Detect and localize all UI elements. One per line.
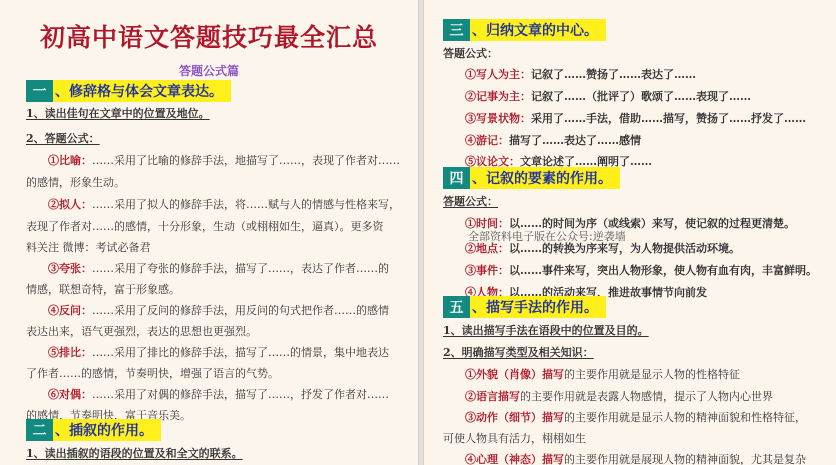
entry-person: ①写人为主：记叙了……赞扬了……表达了…… — [465, 66, 696, 82]
step-1: 1、读出佳句在文章中的位置及地位。 — [26, 105, 210, 121]
entry-antithesis: ⑥对偶：……采用了对偶的修辞手法，描写了……，抒发了作者对…… — [48, 386, 389, 402]
entry-label: ⑤排比： — [48, 346, 92, 359]
entry-action: ③动作（细节）描写的主要作用就是显示人物的精神面貌和性格特征， — [465, 409, 806, 425]
left-page: 初高中语文答题技巧最全汇总 答题公式篇 一 、修辞格与体会文章表达。 1、读出佳… — [0, 0, 418, 465]
entry-label: ④心理（神态）描写 — [465, 453, 564, 465]
entry-label: ③事件： — [465, 264, 509, 277]
section-number: 四 — [443, 167, 470, 189]
step-2: 2、答题公式： — [26, 130, 100, 146]
section-title: 、插叙的作用。 — [53, 419, 161, 441]
section-1-heading: 一 、修辞格与体会文章表达。 — [26, 80, 231, 102]
entry-event: ②记事为主：记叙了……（批评了）歌颂了……表现了…… — [465, 88, 751, 104]
entry-text: 料关注 微博：考试必备君 — [26, 239, 151, 255]
entry-text: 可使人物具有活力，栩栩如生 — [443, 430, 586, 446]
document-title: 初高中语文答题技巧最全汇总 — [0, 18, 418, 54]
section-title: 、归纳文章的中心。 — [470, 19, 606, 41]
entry-label: ③动作（细节）描写 — [465, 411, 564, 424]
entry-label: ②拟人： — [48, 198, 92, 211]
entry-event: ③事件：以……事件来写，突出人物形象，使人物有血有肉，丰富鲜明。 — [465, 262, 817, 278]
entry-metaphor: ①比喻：……采用了比喻的修辞手法，地描写了……，表现了作者对…… — [48, 152, 400, 168]
right-page: 三 、归纳文章的中心。 答题公式： ①写人为主：记叙了……赞扬了……表达了…… … — [424, 0, 836, 465]
entry-rhetorical-question: ④反问：……采用了反问的修辞手法，用反问的句式把作者……的感情 — [48, 302, 389, 318]
section-title: 、描写手法的作用。 — [470, 296, 606, 318]
entry-psychology: ④心理（神态）描写的主要作用就是展现人物的精神面貌，尤其是复杂 — [465, 451, 806, 465]
section-number: 五 — [443, 296, 470, 318]
entry-label: ②记事为主： — [465, 90, 531, 103]
step-2: 2、明确描写类型及相关知识： — [443, 344, 594, 360]
section-3-heading: 三 、归纳文章的中心。 — [443, 19, 606, 41]
entry-label: ①写人为主： — [465, 68, 531, 81]
entry-label: ①比喻： — [48, 154, 92, 167]
entry-label: ①外貌（肖像）描写 — [465, 368, 564, 381]
entry-label: ④反问： — [48, 304, 92, 317]
entry-hyperbole: ③夸张：……采用了夸张的修辞手法，描写了……，表达了作者……的 — [48, 260, 389, 276]
step-1: 1、读出插叙的语段的位置及和全文的联系。 — [26, 445, 243, 461]
entry-travel: ④游记：描写了……表达了……感情 — [465, 132, 641, 148]
section-number: 二 — [26, 419, 53, 441]
entry-label: ④游记： — [465, 134, 509, 147]
entry-text: 表达出来，语气更强烈，表达的思想也更强烈。 — [26, 323, 257, 339]
entry-place: ②地点：以……的转换为序来写，为人物提供活动环境。 — [465, 240, 740, 256]
entry-parallelism: ⑤排比：……采用了排比的修辞手法，描写了……的情景，集中地表达 — [48, 344, 389, 360]
section-title: 、修辞格与体会文章表达。 — [53, 80, 231, 102]
entry-text: 的感情，形象生动。 — [26, 174, 125, 190]
formula-label: 答题公式： — [443, 45, 498, 61]
subtitle: 答题公式篇 — [0, 62, 418, 79]
entry-appearance: ①外貌（肖像）描写的主要作用就是显示人物的性格特征 — [465, 366, 740, 382]
section-number: 一 — [26, 80, 53, 102]
entry-label: ⑥对偶： — [48, 388, 92, 401]
entry-language: ②语言描写的主要作用就是表露人物感情，提示了人物内心世界 — [465, 388, 773, 404]
section-number: 三 — [443, 19, 470, 41]
entry-scenery: ③写景状物：采用了……手法，借助……描写，赞扬了……抒发了…… — [465, 110, 806, 126]
section-title: 、记叙的要素的作用。 — [470, 167, 620, 189]
section-5-heading: 五 、描写手法的作用。 — [443, 296, 606, 318]
entry-label: ③夸张： — [48, 262, 92, 275]
formula-label: 答题公式： — [443, 193, 498, 209]
step-1: 1、读出描写手法在语段中的位置及目的。 — [443, 322, 649, 338]
entry-label: ②地点： — [465, 242, 509, 255]
section-4-heading: 四 、记叙的要素的作用。 — [443, 167, 620, 189]
entry-label: ③写景状物： — [465, 112, 531, 125]
entry-personification: ②拟人：……采用了拟人的修辞手法，将……赋与人的情感与性格来写， — [48, 196, 400, 212]
entry-text: 情感，联想奇特，富于形象感。 — [26, 281, 180, 297]
entry-text: 了作者……的感情，节奏明快，增强了语言的气势。 — [26, 365, 279, 381]
entry-label: ②语言描写 — [465, 390, 520, 403]
section-2-heading: 二 、插叙的作用。 — [26, 419, 161, 441]
entry-text: 表现了作者对……的感情，十分形象，生动（或栩栩如生，逼真）。更多资 — [26, 218, 384, 234]
